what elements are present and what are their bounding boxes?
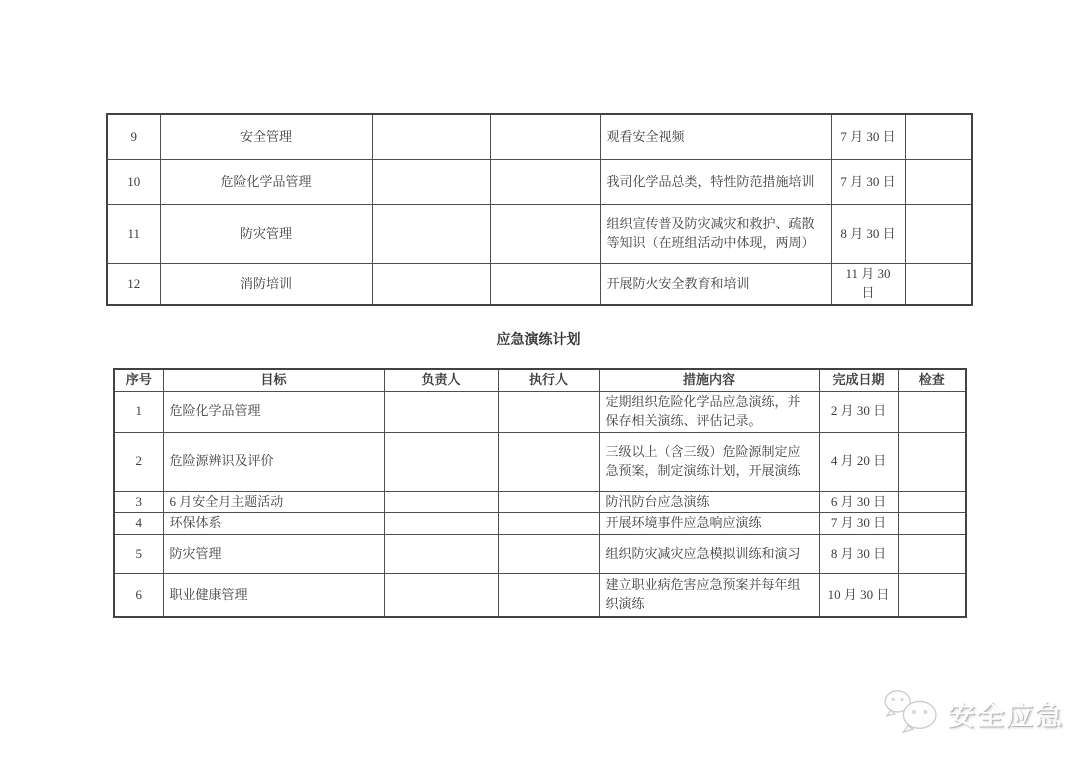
cell-date: 2 月 30 日 [819,391,898,432]
chat-bubbles-icon [881,687,943,740]
table-row: 11防灾管理组织宣传普及防灾减灾和救护、疏散等知识（在班组活动中体现，两周）8 … [107,205,972,264]
cell-check [905,205,972,264]
header-cell: 目标 [163,369,384,391]
annual-plan-table-body: 9安全管理观看安全视频7 月 30 日10危险化学品管理我司化学品总类，特性防范… [107,114,972,305]
cell-check [905,114,972,160]
cell-no: 9 [107,114,160,160]
cell-date: 4 月 20 日 [819,432,898,491]
cell-executor [498,535,599,574]
header-cell: 负责人 [384,369,498,391]
cell-measure: 三级以上（含三级）危险源制定应急预案，制定演练计划，开展演练 [599,432,819,491]
cell-target: 危险化学品管理 [160,160,372,205]
header-cell: 完成日期 [819,369,898,391]
table-row: 9安全管理观看安全视频7 月 30 日 [107,114,972,160]
cell-no: 2 [114,432,163,491]
cell-no: 12 [107,264,160,306]
cell-measure: 定期组织危险化学品应急演练，并保存相关演练、评估记录。 [599,391,819,432]
cell-no: 11 [107,205,160,264]
annual-plan-table: 9安全管理观看安全视频7 月 30 日10危险化学品管理我司化学品总类，特性防范… [106,113,973,306]
cell-executor [498,432,599,491]
cell-executor [498,491,599,513]
cell-target: 防灾管理 [160,205,372,264]
cell-executor [490,264,600,306]
drill-plan-table-header: 序号目标负责人执行人措施内容完成日期检查 [114,369,966,391]
cell-executor [490,160,600,205]
cell-owner [384,491,498,513]
table-row: 10危险化学品管理我司化学品总类，特性防范措施培训7 月 30 日 [107,160,972,205]
cell-target: 安全管理 [160,114,372,160]
cell-measure: 组织宣传普及防灾减灾和救护、疏散等知识（在班组活动中体现，两周） [600,205,831,264]
header-row: 序号目标负责人执行人措施内容完成日期检查 [114,369,966,391]
cell-check [898,513,966,535]
header-cell: 措施内容 [599,369,819,391]
cell-owner [372,114,490,160]
cell-target: 环保体系 [163,513,384,535]
watermark-logo-text: 安全应急 [948,694,1064,733]
table-row: 5防灾管理组织防灾减灾应急模拟训练和演习8 月 30 日 [114,535,966,574]
cell-no: 3 [114,491,163,513]
cell-no: 5 [114,535,163,574]
header-cell: 执行人 [498,369,599,391]
cell-check [898,535,966,574]
cell-check [898,574,966,618]
cell-measure: 建立职业病危害应急预案并每年组织演练 [599,574,819,618]
cell-executor [490,114,600,160]
table-row: 6职业健康管理建立职业病危害应急预案并每年组织演练10 月 30 日 [114,574,966,618]
cell-target: 6 月安全月主题活动 [163,491,384,513]
cell-target: 防灾管理 [163,535,384,574]
cell-target: 危险化学品管理 [163,391,384,432]
drill-plan-table: 序号目标负责人执行人措施内容完成日期检查 1危险化学品管理定期组织危险化学品应急… [113,368,967,618]
cell-measure: 观看安全视频 [600,114,831,160]
cell-owner [384,391,498,432]
cell-owner [372,205,490,264]
cell-check [905,160,972,205]
table-row: 4环保体系开展环境事件应急响应演练7 月 30 日 [114,513,966,535]
table-row: 12消防培训开展防火安全教育和培训11 月 30 日 [107,264,972,306]
cell-measure: 组织防灾减灾应急模拟训练和演习 [599,535,819,574]
cell-owner [384,574,498,618]
cell-measure: 开展防火安全教育和培训 [600,264,831,306]
header-cell: 序号 [114,369,163,391]
cell-executor [498,391,599,432]
cell-executor [498,513,599,535]
section-title: 应急演练计划 [106,329,971,349]
cell-no: 6 [114,574,163,618]
cell-date: 8 月 30 日 [831,205,905,264]
cell-no: 4 [114,513,163,535]
cell-target: 危险源辨识及评价 [163,432,384,491]
cell-date: 6 月 30 日 [819,491,898,513]
cell-date: 7 月 30 日 [831,114,905,160]
cell-no: 10 [107,160,160,205]
cell-check [898,391,966,432]
document-page: 9安全管理观看安全视频7 月 30 日10危险化学品管理我司化学品总类，特性防范… [0,0,1080,764]
cell-date: 10 月 30 日 [819,574,898,618]
watermark-logo: 安全应急 [881,687,1064,740]
cell-executor [490,205,600,264]
cell-owner [384,432,498,491]
cell-owner [384,535,498,574]
table-row: 36 月安全月主题活动防汛防台应急演练6 月 30 日 [114,491,966,513]
drill-plan-table-body: 1危险化学品管理定期组织危险化学品应急演练，并保存相关演练、评估记录。2 月 3… [114,391,966,617]
cell-date: 7 月 30 日 [831,160,905,205]
cell-date: 8 月 30 日 [819,535,898,574]
cell-measure: 我司化学品总类，特性防范措施培训 [600,160,831,205]
table-row: 1危险化学品管理定期组织危险化学品应急演练，并保存相关演练、评估记录。2 月 3… [114,391,966,432]
cell-owner [384,513,498,535]
cell-check [905,264,972,306]
cell-target: 消防培训 [160,264,372,306]
cell-check [898,432,966,491]
cell-owner [372,160,490,205]
cell-check [898,491,966,513]
header-cell: 检查 [898,369,966,391]
cell-date: 11 月 30 日 [831,264,905,306]
cell-no: 1 [114,391,163,432]
cell-measure: 防汛防台应急演练 [599,491,819,513]
cell-target: 职业健康管理 [163,574,384,618]
cell-owner [372,264,490,306]
table-row: 2危险源辨识及评价三级以上（含三级）危险源制定应急预案，制定演练计划，开展演练4… [114,432,966,491]
cell-measure: 开展环境事件应急响应演练 [599,513,819,535]
cell-date: 7 月 30 日 [819,513,898,535]
cell-executor [498,574,599,618]
